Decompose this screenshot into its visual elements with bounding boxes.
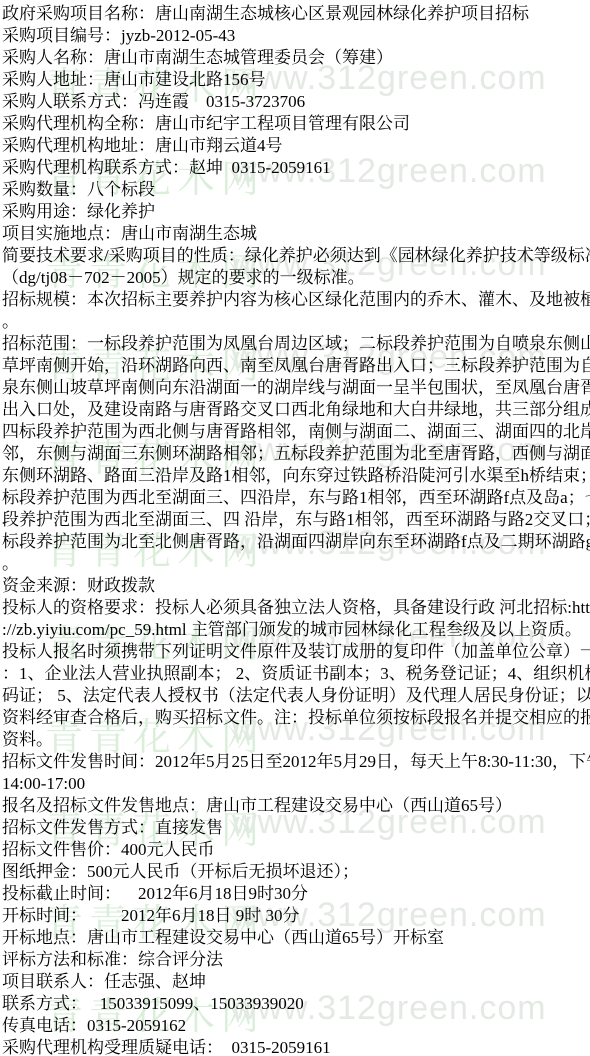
text-line: 14:00-17:00 bbox=[2, 773, 590, 795]
text-line: 资料。 bbox=[2, 729, 590, 751]
text-line: 采购人地址：唐山市建设北路156号 bbox=[2, 69, 590, 91]
text-line: 。 bbox=[2, 553, 590, 575]
text-line: 资料经审查合格后，购买招标文件。注：投标单位须按标段报名并提交相应的报名 bbox=[2, 707, 590, 729]
text-line: 四标段养护范围为西北侧与唐胥路相邻，南侧与湖面二、湖面三、湖面四的北岸相 bbox=[2, 421, 590, 443]
text-line: 。 bbox=[2, 311, 590, 333]
text-line: 采购代理机构全称：唐山市纪宇工程项目管理有限公司 bbox=[2, 113, 590, 135]
text-line: 政府采购项目名称：唐山南湖生态城核心区景观园林绿化养护项目招标 bbox=[2, 3, 590, 25]
text-line: （dg/tj08－702－2005）规定的要求的一级标准。 bbox=[2, 267, 590, 289]
text-line: 传真电话：0315-2059162 bbox=[2, 1015, 590, 1037]
text-line: ：1、企业法人营业执照副本； 2、资质证书副本；3、税务登记证；4、组织机构代 bbox=[2, 663, 590, 685]
text-line: 采购代理机构联系方式：赵坤 0315-2059161 bbox=[2, 157, 590, 179]
text-line: 采购人联系方式：冯连霞 0315-3723706 bbox=[2, 91, 590, 113]
text-line: 评标方法和标准：综合评分法 bbox=[2, 949, 590, 971]
text-line: 采购用途：绿化养护 bbox=[2, 201, 590, 223]
text-line: 码证； 5、法定代表人授权书（法定代表人身份证明）及代理人居民身份证；以上 bbox=[2, 685, 590, 707]
text-line: 草坪南侧开始，沿环湖路向西、南至凤凰台唐胥路出入口；三标段养护范围为自喷 bbox=[2, 355, 590, 377]
text-line: 招标文件售价：400元人民币 bbox=[2, 839, 590, 861]
text-line: 项目联系人：任志强、赵坤 bbox=[2, 971, 590, 993]
document-text: 政府采购项目名称：唐山南湖生态城核心区景观园林绿化养护项目招标采购项目编号：jy… bbox=[2, 3, 590, 1056]
text-line: 投标截止时间： 2012年6月18日9时30分 bbox=[2, 883, 590, 905]
page: 青青花木网www.312green.com青青花木网www.312green.c… bbox=[0, 0, 590, 1056]
text-line: 采购代理机构受理质疑电话： 0315-2059161 bbox=[2, 1037, 590, 1056]
text-line: 招标文件发售时间：2012年5月25日至2012年5月29日，每天上午8:30-… bbox=[2, 751, 590, 773]
text-line: 采购项目编号：jyzb-2012-05-43 bbox=[2, 25, 590, 47]
text-line: ://zb.yiyiu.com/pc_59.html 主管部门颁发的城市园林绿化… bbox=[2, 619, 590, 641]
text-line: 项目实施地点：唐山市南湖生态城 bbox=[2, 223, 590, 245]
text-line: 简要技术要求/采购项目的性质：绿化养护必须达到《园林绿化养护技术等级标准》 bbox=[2, 245, 590, 267]
text-line: 开标地点：唐山市工程建设交易中心（西山道65号）开标室 bbox=[2, 927, 590, 949]
text-line: 段养护范围为西北至湖面三、四 沿岸，东与路1相邻，西至环湖路与路2交叉口；八 bbox=[2, 509, 590, 531]
text-line: 报名及招标文件发售地点：唐山市工程建设交易中心（西山道65号） bbox=[2, 795, 590, 817]
text-line: 投标人报名时须携带下列证明文件原件及装订成册的复印件（加盖单位公章）一套 bbox=[2, 641, 590, 663]
text-line: 开标时间： 2012年6月18日 9时 30分 bbox=[2, 905, 590, 927]
text-line: 采购代理机构地址：唐山市翔云道4号 bbox=[2, 135, 590, 157]
text-line: 标段养护范围为北至北侧唐胥路，沿湖面四湖岸向东至环湖路f点及二期环湖路g桥 bbox=[2, 531, 590, 553]
text-line: 采购人名称：唐山市南湖生态城管理委员会（筹建） bbox=[2, 47, 590, 69]
text-line: 采购数量：八个标段 bbox=[2, 179, 590, 201]
text-line: 出入口处，及建设南路与唐胥路交叉口西北角绿地和大白井绿地，共三部分组成； bbox=[2, 399, 590, 421]
text-line: 招标规模：本次招标主要养护内容为核心区绿化范围内的乔木、灌木、及地被植物 bbox=[2, 289, 590, 311]
text-line: 资金来源：财政拨款 bbox=[2, 575, 590, 597]
text-line: 图纸押金：500元人民币（开标后无损坏退还）； bbox=[2, 861, 590, 883]
text-line: 邻，东侧与湖面三东侧环湖路相邻；五标段养护范围为北至唐胥路，西侧与湖面三 bbox=[2, 443, 590, 465]
text-line: 泉东侧山坡草坪南侧向东沿湖面一的湖岸线与湖面一呈半包围状，至凤凰台唐胥路 bbox=[2, 377, 590, 399]
text-line: 招标范围：一标段养护范围为凤凰台周边区域；二标段养护范围为自喷泉东侧山坡 bbox=[2, 333, 590, 355]
text-line: 投标人的资格要求：投标人必须具备独立法人资格，具备建设行政 河北招标:http bbox=[2, 597, 590, 619]
text-line: 东侧环湖路、路面三沿岸及路1相邻，向东穿过铁路桥沿陡河引水渠至h桥结束；六 bbox=[2, 465, 590, 487]
text-line: 联系方式： 15033915099、15033939020 bbox=[2, 993, 590, 1015]
text-line: 标段养护范围为西北至湖面三、四沿岸，东与路1相邻，西至环湖路f点及岛a；七标 bbox=[2, 487, 590, 509]
text-line: 招标文件发售方式：直接发售 bbox=[2, 817, 590, 839]
